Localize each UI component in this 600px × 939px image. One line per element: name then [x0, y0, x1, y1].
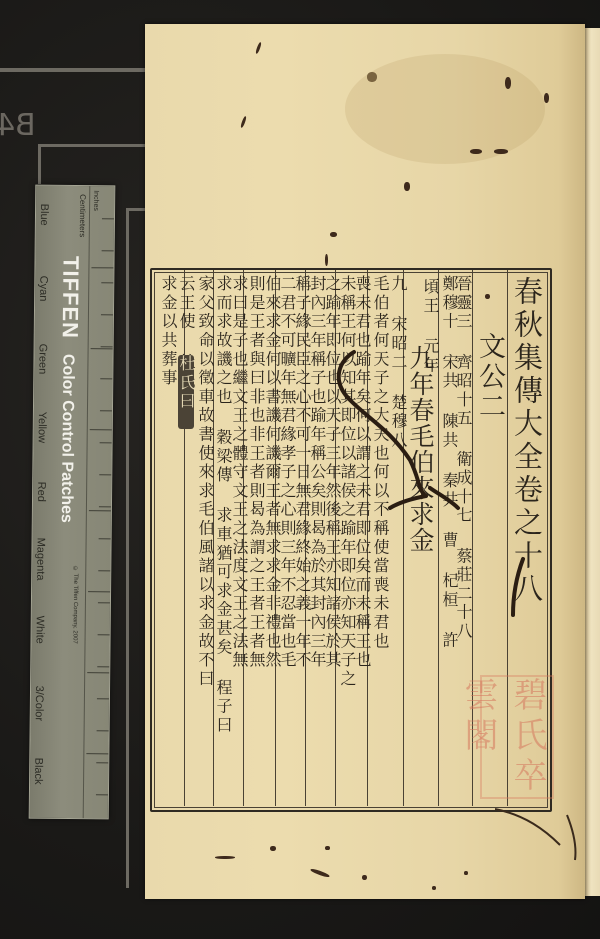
water-stain	[345, 54, 545, 164]
wormhole	[404, 182, 410, 191]
wormhole	[330, 232, 337, 237]
wormhole	[432, 886, 436, 890]
ruler-color-label: Magenta	[34, 538, 46, 581]
ruler-color-label: Cyan	[37, 276, 49, 302]
text-column: 求而求故譏之也 穀梁傳 求車猶可求金甚矣 程子曰	[215, 275, 231, 735]
wormhole	[215, 856, 235, 859]
wormhole	[544, 93, 549, 103]
insect-damage	[367, 72, 377, 82]
wormhole	[325, 846, 330, 850]
boxed-label-dushi: 杜氏曰	[178, 355, 194, 429]
wormhole	[494, 149, 508, 154]
backdrop-guide-line	[126, 208, 146, 211]
ink-mark	[505, 555, 535, 625]
wormhole	[270, 846, 276, 851]
ruler-scale	[83, 186, 115, 818]
wormhole	[310, 868, 330, 879]
backdrop-guide-line	[0, 68, 146, 72]
text-column: 家父致命以徵車故書使來求毛伯風諸以求金故不曰	[197, 275, 213, 689]
wormhole	[464, 871, 468, 875]
ink-scribble	[330, 340, 470, 520]
text-column: 則是王者與曰非也非王者則曷為謂之王者王者無	[248, 275, 264, 670]
tiffen-color-control-ruler: Centimeters Inches TIFFEN Color Control …	[29, 185, 116, 820]
ruler-color-label: White	[34, 616, 46, 644]
text-column: 伯來求金何以書譏何譏爾王者無求求金非禮也然	[264, 275, 280, 670]
ruler-color-label: 3/Color	[33, 686, 45, 722]
ruler-copyright: © The Tiffen Company, 2007	[72, 566, 79, 644]
ruler-brand-logo: TIFFEN	[57, 256, 84, 339]
backdrop-guide-line	[38, 144, 41, 184]
ruler-color-label: Yellow	[36, 412, 48, 444]
text-column: 求曰是子也繼文王之體守文王之法度文王之法無	[231, 275, 247, 670]
wormhole	[255, 42, 262, 54]
ruler-color-label: Black	[32, 758, 44, 785]
ruler-color-label: Green	[36, 344, 48, 375]
page-fore-edge	[585, 28, 600, 896]
backdrop-guide-line	[38, 144, 146, 147]
page-crease	[495, 805, 585, 865]
ruler-color-label: Red	[35, 482, 47, 502]
red-collector-seal: 碧氏卒雲閣	[480, 675, 554, 799]
ruler-units-centimeters: Centimeters	[78, 194, 87, 237]
wormhole	[470, 149, 482, 154]
section-heading: 文公二	[476, 332, 503, 422]
wormhole	[240, 116, 247, 128]
backdrop-letter: B4	[0, 108, 36, 143]
wormhole	[505, 77, 511, 89]
wormhole	[362, 875, 367, 880]
text-column: 求金以共葬事	[160, 275, 176, 388]
ruler-color-label: Blue	[38, 204, 50, 226]
ruler-product-name: Color Control Patches	[57, 354, 77, 523]
wormhole	[325, 254, 328, 266]
backdrop-guide-line	[126, 208, 129, 888]
